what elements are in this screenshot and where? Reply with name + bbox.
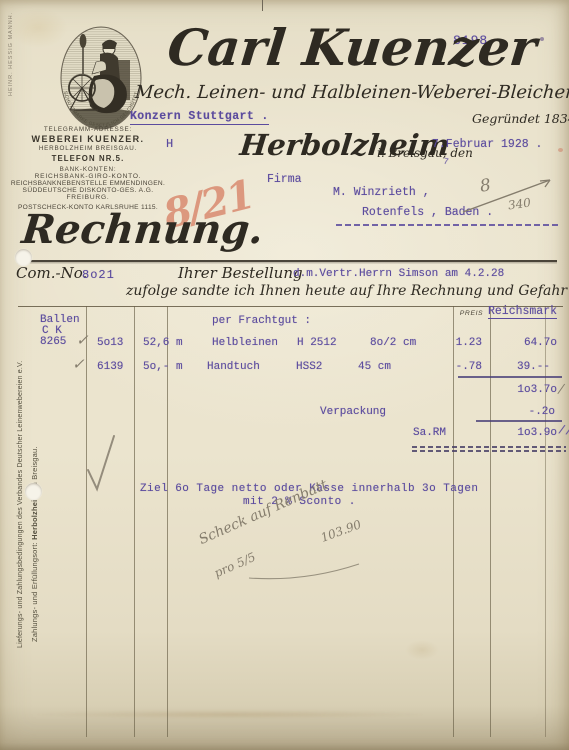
contact-block: TELEGRAMM-ADRESSE: WEBEREI KUENZER. HERB…: [2, 126, 174, 211]
table-row-width: 8o/2 cm: [370, 338, 416, 350]
footer-vertical-line2: Lieferungs- und Zahlungsbedingungen des …: [17, 361, 24, 648]
table-row-article: HSS2: [296, 362, 322, 374]
row-check: ✓: [76, 331, 89, 349]
table-top-rule: [18, 306, 563, 307]
stain-band: [30, 710, 430, 719]
contact-line: SÜDDEUTSCHE DISKONTO-GES. A.G.: [2, 187, 174, 194]
table-row-width: 45 cm: [358, 362, 391, 374]
table-row-amount: 64.7o: [497, 338, 557, 350]
pencil-tick: /: [558, 382, 564, 397]
ballen-number: 8265: [40, 337, 66, 349]
contact-line: WEBEREI KUENZER.: [2, 134, 174, 144]
recipient-name: M. Winzrieth ,: [333, 187, 430, 199]
subtotal-amount: 1o3.7o: [497, 385, 557, 397]
total-rule-1: [412, 446, 566, 448]
doc-title: Rechnung.: [20, 206, 266, 253]
ink-dot: [540, 37, 544, 41]
order-continuation: zufolge sandte ich Ihnen heute auf Ihre …: [126, 283, 567, 299]
frachtgut-line: per Frachtgut :: [212, 316, 311, 328]
total-amount: 1o3.9o: [497, 428, 557, 440]
currency-header: Reichsmark: [488, 306, 557, 319]
konzern-stamp: Konzern Stuttgart .: [130, 111, 269, 125]
table-row-price: 1.23: [440, 338, 482, 350]
com-no-value: 8o21: [82, 269, 115, 282]
packing-label: Verpackung: [320, 407, 386, 419]
invoice-sheet: HEINR. HESSIG MANNH.: [0, 0, 569, 750]
title-rule: [17, 260, 557, 262]
stray-typed-char: 7: [442, 158, 449, 168]
total-ticks: //: [557, 424, 569, 438]
footer-text: Zahlungs- und Erfüllungsort:: [30, 540, 39, 642]
table-vline: [86, 306, 87, 737]
big-pencil-check: [84, 430, 120, 496]
preis-header: PREIS: [453, 310, 490, 317]
age-spot: [405, 640, 439, 660]
contact-line: REICHSBANKNEBENSTELLE EMMENDINGEN.: [2, 180, 174, 187]
total-label: Sa.RM: [413, 428, 446, 440]
contact-line: TELEFON NR.5.: [2, 154, 174, 163]
recipient-label: Firma: [267, 174, 302, 186]
table-row-piece: 5o13: [97, 338, 123, 350]
hole-punch: [15, 249, 32, 266]
red-fleck: [558, 148, 563, 152]
contact-line: REICHSBANK-GIRO-KONTO.: [2, 173, 174, 180]
typed-date: 7.Februar 1928 .: [432, 139, 542, 151]
recipient-underline: [336, 224, 560, 226]
scan-scratch: [262, 0, 263, 11]
total-rule-2: [412, 450, 566, 452]
hole-punch: [25, 483, 42, 500]
table-vline: [134, 306, 135, 737]
table-row-desc: Handtuch: [207, 362, 260, 374]
table-row-piece: 6139: [97, 362, 123, 374]
bestellung-label: Ihrer Bestellung: [178, 264, 303, 282]
table-row-desc: Helbleinen: [212, 338, 278, 350]
company-subtitle: Mech. Leinen- und Halbleinen-Weberei-Ble…: [134, 82, 505, 103]
packing-underline: [476, 420, 562, 422]
pencil-note-amount: 103.90: [319, 517, 363, 545]
table-row-length: 52,6 m: [143, 338, 183, 350]
company-name: Carl Kuenzer: [165, 18, 521, 77]
order-typed: d.m.Vertr.Herrn Simson am 4.2.28: [293, 269, 504, 281]
printer-credit: HEINR. HESSIG MANNH.: [8, 12, 14, 96]
founded-note: Gegründet 1834.: [472, 111, 569, 126]
row-check: ✓: [72, 355, 85, 373]
footer-vertical-line1: Zahlungs- und Erfüllungsort: Herbolzheim…: [30, 446, 39, 642]
amount-underline: [458, 376, 562, 378]
contact-line: TELEGRAMM-ADRESSE:: [2, 126, 174, 133]
contact-line: FREIBURG.: [2, 194, 174, 201]
table-row-price: -.78: [440, 362, 482, 374]
table-row-amount: 39.--: [490, 362, 550, 374]
contact-line: BANK-KONTEN:: [2, 166, 174, 173]
packing-amount: -.2o: [495, 407, 555, 419]
contact-line: HERBOLZHEIM BREISGAU.: [2, 145, 174, 152]
table-row-article: H 2512: [297, 338, 337, 350]
pencil-note-stroke: [245, 558, 365, 584]
table-row-length: 5o,- m: [143, 362, 183, 374]
com-no-label: Com.-No.: [16, 264, 87, 282]
pencil-arrow: [460, 172, 560, 217]
